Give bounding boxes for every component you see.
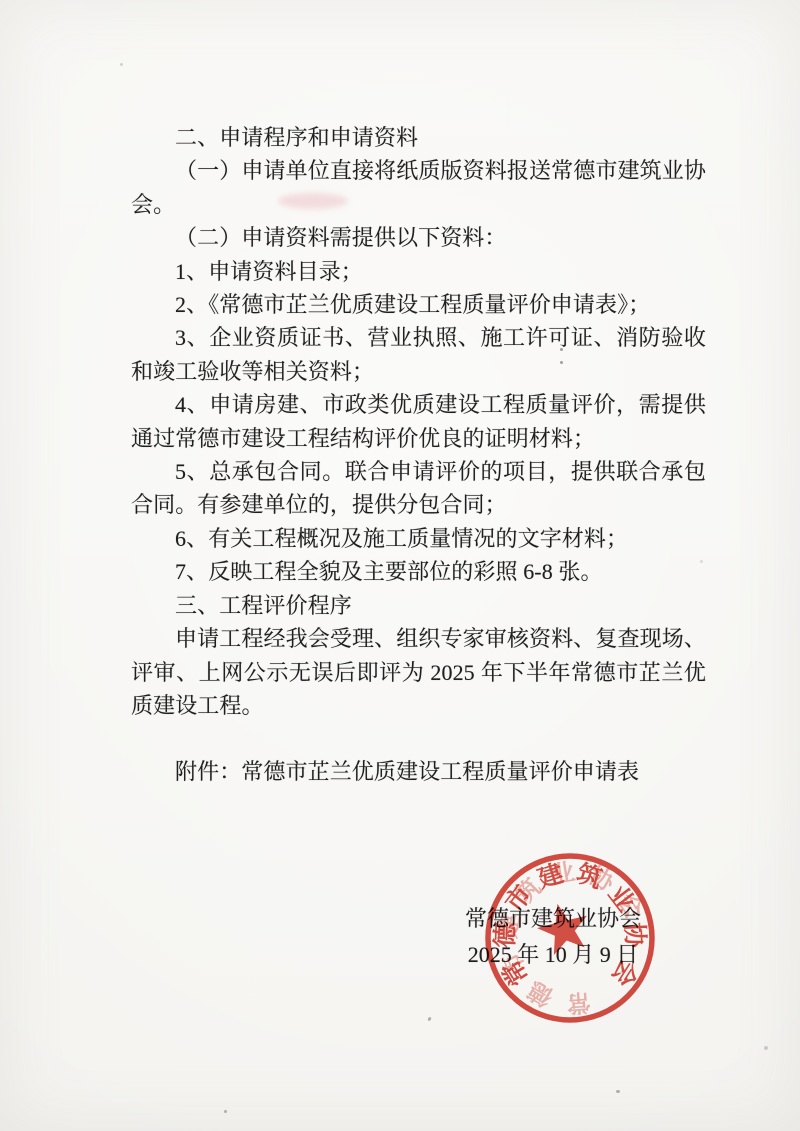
seal-star-icon xyxy=(533,898,595,958)
scanned-document-page: 二、申请程序和申请资料 （一）申请单位直接将纸质版资料报送常德市建筑业协会。 （… xyxy=(0,0,800,1131)
list-item-3: 3、企业资质证书、营业执照、施工许可证、消防验收和竣工验收等相关资料； xyxy=(131,321,706,388)
scan-speck xyxy=(700,560,703,563)
list-item-2: 2、《常德市芷兰优质建设工程质量评价申请表》； xyxy=(131,288,706,321)
svg-text:常: 常 xyxy=(566,988,592,1017)
scan-smudge xyxy=(278,193,348,209)
list-item-1: 1、申请资料目录； xyxy=(131,255,706,288)
document-body: 二、申请程序和申请资料 （一）申请单位直接将纸质版资料报送常德市建筑业协会。 （… xyxy=(131,121,706,789)
paragraph: （二）申请资料需提供以下资料： xyxy=(131,221,706,254)
scan-speck xyxy=(616,1090,620,1093)
scan-speck xyxy=(224,1110,227,1113)
scan-mark xyxy=(560,348,564,364)
svg-text:协: 协 xyxy=(620,922,649,949)
official-seal: 常 德 市 建 筑 业 协 会 常 德 市 建 筑 业 协 xyxy=(480,848,660,1028)
paragraph: 申请工程经我会受理、组织专家审核资料、复查现场、评审、上网公示无误后即评为 20… xyxy=(131,622,706,722)
list-item-4: 4、申请房建、市政类优质建设工程质量评价，需提供通过常德市建设工程结构评价优良的… xyxy=(131,388,706,455)
scan-speck xyxy=(427,1017,432,1022)
list-item-7: 7、反映工程全貌及主要部位的彩照 6-8 张。 xyxy=(131,555,706,588)
list-item-5: 5、总承包合同。联合申请评价的项目，提供联合承包合同。有参建单位的，提供分包合同… xyxy=(131,455,706,522)
scan-speck xyxy=(764,1046,768,1050)
list-item-6: 6、有关工程概况及施工质量情况的文字材料； xyxy=(131,522,706,555)
svg-text:业: 业 xyxy=(549,859,577,890)
paragraph: （一）申请单位直接将纸质版资料报送常德市建筑业协会。 xyxy=(131,154,706,221)
svg-text:建: 建 xyxy=(495,912,526,941)
scan-speck xyxy=(120,63,123,66)
section-heading-2: 二、申请程序和申请资料 xyxy=(131,121,706,154)
attachment-line: 附件：常德市芷兰优质建设工程质量评价申请表 xyxy=(131,755,706,788)
section-heading-3: 三、工程评价程序 xyxy=(131,589,706,622)
